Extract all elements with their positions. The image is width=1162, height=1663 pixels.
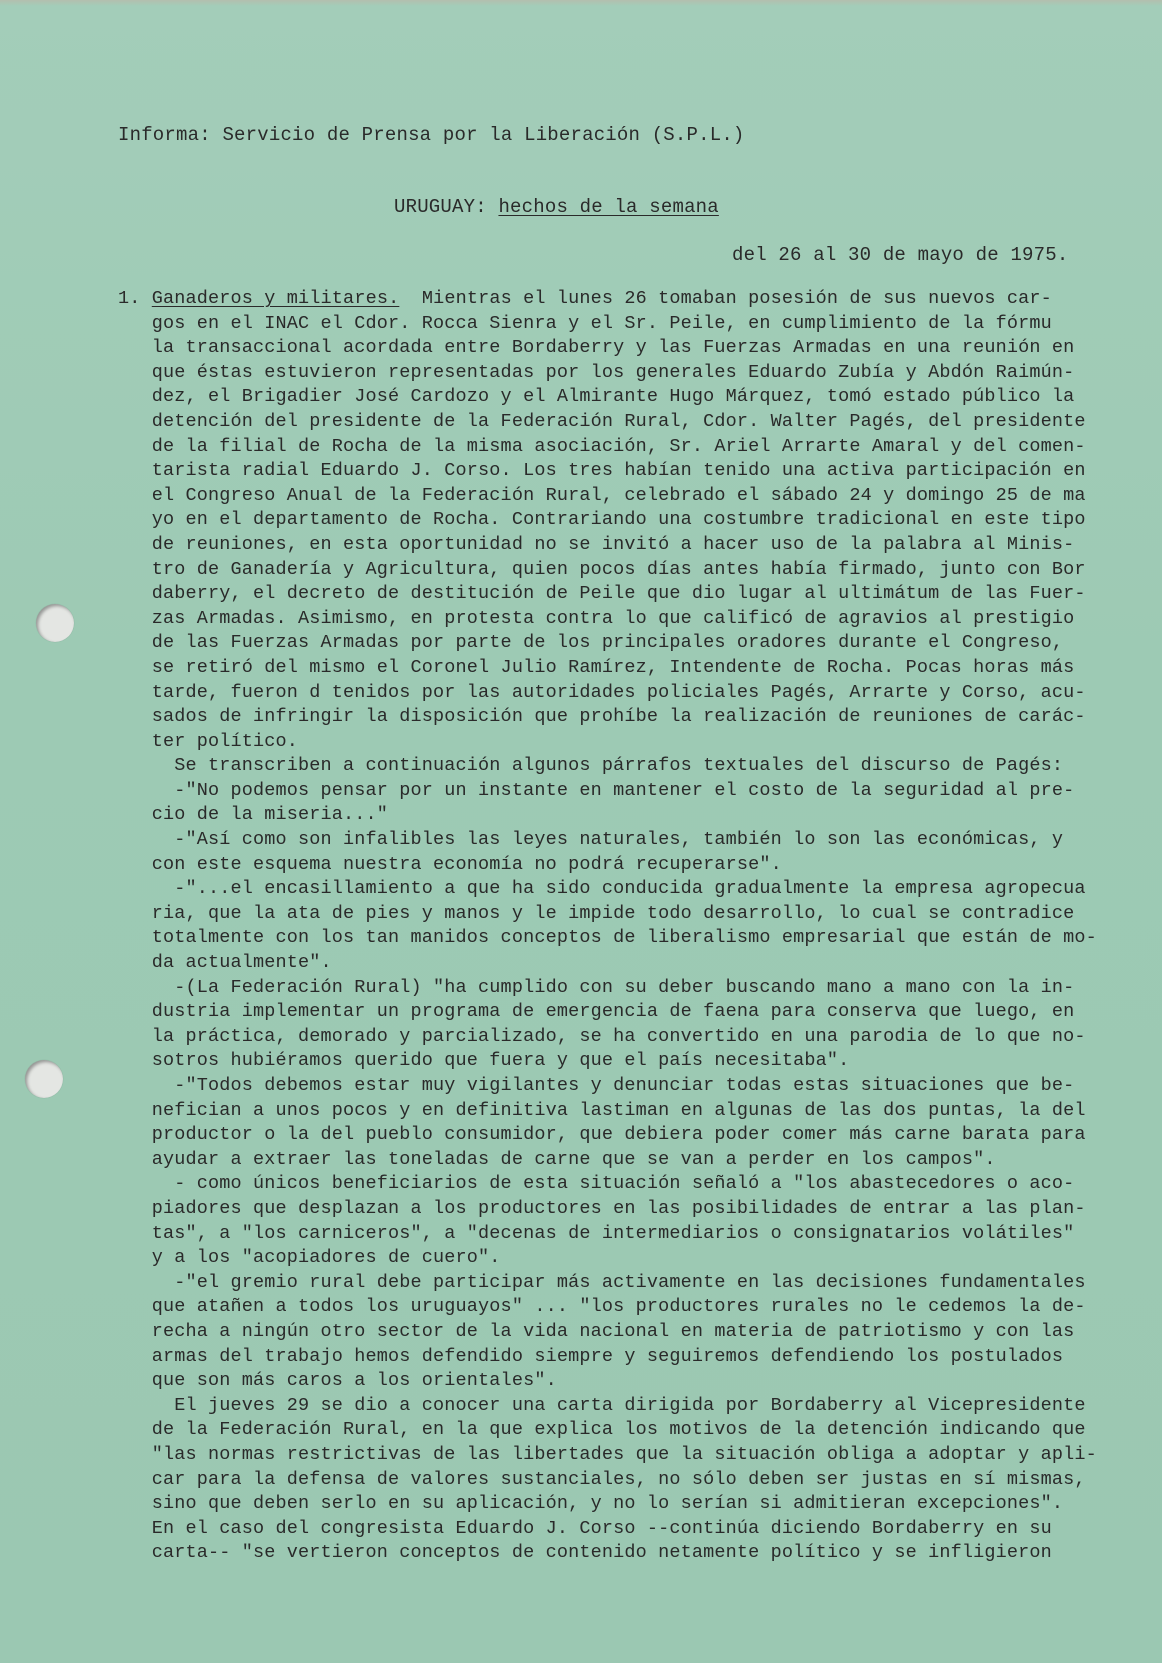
section-first-line: Mientras el lunes 26 tomaban posesión de… xyxy=(399,288,1052,309)
text-line: detención del presidente de la Federació… xyxy=(118,410,1108,435)
text-line: carta-- "se vertieron conceptos de conte… xyxy=(118,1541,1108,1566)
text-line: recha a ningún otro sector de la vida na… xyxy=(118,1320,1108,1345)
text-line: da actualmente". xyxy=(118,951,1108,976)
text-line: - como únicos beneficiarios de esta situ… xyxy=(118,1172,1108,1197)
text-line: totalmente con los tan manidos conceptos… xyxy=(118,926,1108,951)
source-line: Informa: Servicio de Prensa por la Liber… xyxy=(118,124,745,146)
text-line: nefician a unos pocos y en definitiva la… xyxy=(118,1099,1108,1124)
country-label: URUGUAY: xyxy=(394,196,487,218)
document-title: hechos de la semana xyxy=(498,196,718,218)
text-line: ter político. xyxy=(118,730,1108,755)
text-line: armas del trabajo hemos defendido siempr… xyxy=(118,1345,1108,1370)
text-line: y a los "acopiadores de cuero". xyxy=(118,1246,1108,1271)
section-heading-line: 1. Ganaderos y militares. Mientras el lu… xyxy=(118,287,1108,312)
text-line: -"...el encasillamiento a que ha sido co… xyxy=(118,877,1108,902)
text-line: tro de Ganadería y Agricultura, quien po… xyxy=(118,558,1108,583)
text-line: con este esquema nuestra economía no pod… xyxy=(118,853,1108,878)
text-line: que atañen a todos los uruguayos" ... "l… xyxy=(118,1295,1108,1320)
text-line: -"Así como son infalibles las leyes natu… xyxy=(118,828,1108,853)
text-line: daberry, el decreto de destitución de Pe… xyxy=(118,582,1108,607)
text-line: de reuniones, en esta oportunidad no se … xyxy=(118,533,1108,558)
text-line: sados de infringir la disposición que pr… xyxy=(118,705,1108,730)
text-line: productor o la del pueblo consumidor, qu… xyxy=(118,1123,1108,1148)
text-line: de la filial de Rocha de la misma asocia… xyxy=(118,435,1108,460)
paper-sheet: Informa: Servicio de Prensa por la Liber… xyxy=(0,0,1162,1663)
text-line: El jueves 29 se dio a conocer una carta … xyxy=(118,1394,1108,1419)
title-line: URUGUAY: hechos de la semana xyxy=(394,196,719,218)
punch-hole-bottom xyxy=(25,1060,63,1098)
text-line: yo en el departamento de Rocha. Contrari… xyxy=(118,508,1108,533)
paper-edge xyxy=(0,0,1162,6)
text-lines: gos en el INAC el Cdor. Rocca Sienra y e… xyxy=(118,312,1108,1566)
text-line: que son más caros a los orientales". xyxy=(118,1369,1108,1394)
text-line: la práctica, demorado y parcializado, se… xyxy=(118,1025,1108,1050)
text-line: -"el gremio rural debe participar más ac… xyxy=(118,1271,1108,1296)
date-range: del 26 al 30 de mayo de 1975. xyxy=(732,244,1068,266)
text-line: gos en el INAC el Cdor. Rocca Sienra y e… xyxy=(118,312,1108,337)
text-line: zas Armadas. Asimismo, en protesta contr… xyxy=(118,607,1108,632)
text-line: tas", a "los carniceros", a "decenas de … xyxy=(118,1222,1108,1247)
text-line: ria, que la ata de pies y manos y le imp… xyxy=(118,902,1108,927)
text-line: se retiró del mismo el Coronel Julio Ram… xyxy=(118,656,1108,681)
text-line: -"No podemos pensar por un instante en m… xyxy=(118,779,1108,804)
text-line: En el caso del congresista Eduardo J. Co… xyxy=(118,1517,1108,1542)
punch-hole-top xyxy=(36,604,74,642)
section-number: 1. xyxy=(118,288,141,309)
text-line: que éstas estuvieron representadas por l… xyxy=(118,361,1108,386)
text-line: tarde, fueron d tenidos por las autorida… xyxy=(118,681,1108,706)
text-line: de las Fuerzas Armadas por parte de los … xyxy=(118,631,1108,656)
text-line: car para la defensa de valores sustancia… xyxy=(118,1468,1108,1493)
text-line: -(La Federación Rural) "ha cumplido con … xyxy=(118,976,1108,1001)
text-line: tarista radial Eduardo J. Corso. Los tre… xyxy=(118,459,1108,484)
text-line: de la Federación Rural, en la que explic… xyxy=(118,1418,1108,1443)
source-label: Informa: xyxy=(118,124,211,146)
text-line: el Congreso Anual de la Federación Rural… xyxy=(118,484,1108,509)
text-line: sino que deben serlo en su aplicación, y… xyxy=(118,1492,1108,1517)
text-line: piadores que desplazan a los productores… xyxy=(118,1197,1108,1222)
text-line: "las normas restrictivas de las libertad… xyxy=(118,1443,1108,1468)
source-name: Servicio de Prensa por la Liberación (S.… xyxy=(222,124,744,146)
text-line: Se transcriben a continuación algunos pá… xyxy=(118,754,1108,779)
text-line: dustria implementar un programa de emerg… xyxy=(118,1000,1108,1025)
text-line: dez, el Brigadier José Cardozo y el Almi… xyxy=(118,385,1108,410)
article-body: 1. Ganaderos y militares. Mientras el lu… xyxy=(118,287,1108,1566)
text-line: cio de la miseria..." xyxy=(118,803,1108,828)
text-line: ayudar a extraer las toneladas de carne … xyxy=(118,1148,1108,1173)
section-heading: Ganaderos y militares. xyxy=(152,288,400,309)
text-line: sotros hubiéramos querido que fuera y qu… xyxy=(118,1049,1108,1074)
text-line: -"Todos debemos estar muy vigilantes y d… xyxy=(118,1074,1108,1099)
text-line: la transaccional acordada entre Bordaber… xyxy=(118,336,1108,361)
